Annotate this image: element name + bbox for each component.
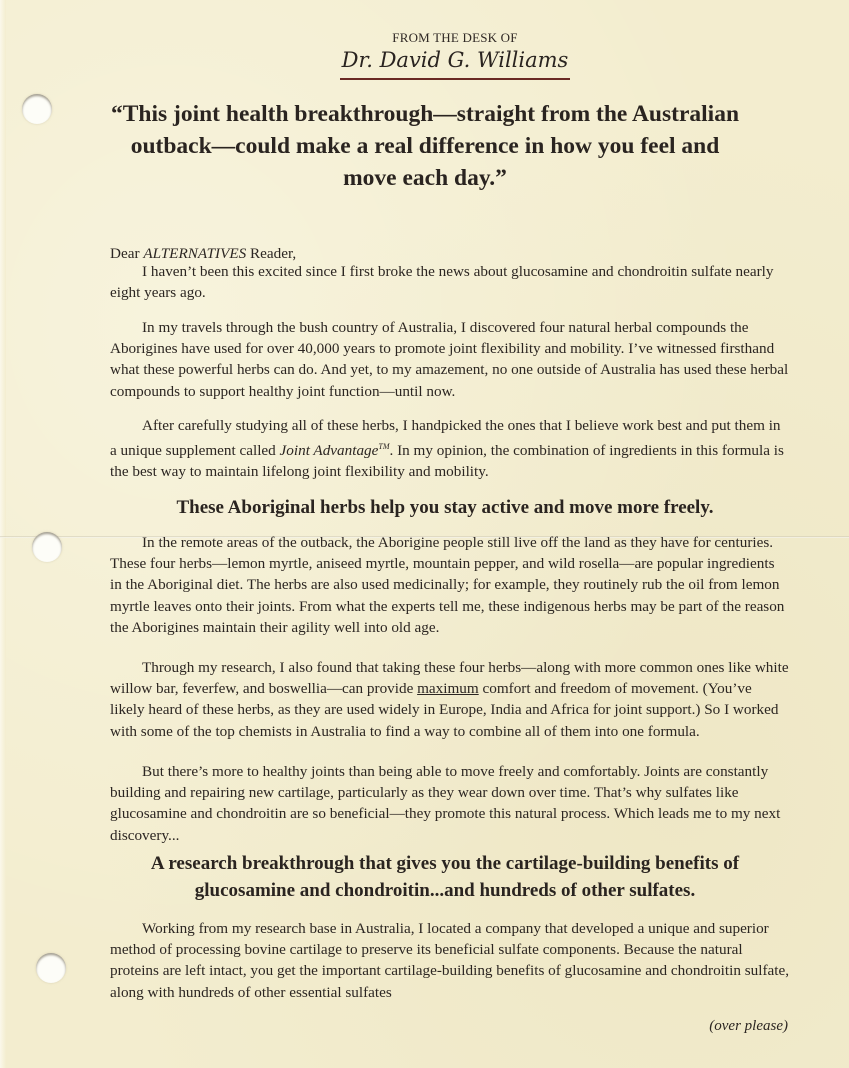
paragraph-text: I haven’t been this excited since I firs… — [110, 261, 790, 303]
punch-hole-bottom — [36, 953, 66, 983]
letterhead: FROM THE DESK OF Dr. David G. Williams — [320, 30, 590, 72]
paragraph-6: But there’s more to healthy joints than … — [110, 761, 790, 846]
from-desk-label: FROM THE DESK OF — [320, 30, 590, 46]
paragraph-text: Through my research, I also found that t… — [110, 657, 790, 742]
paragraph-text: In my travels through the bush country o… — [110, 317, 790, 402]
paragraph-text: After carefully studying all of these he… — [110, 415, 790, 483]
punch-hole-middle — [32, 532, 62, 562]
subheading-1: These Aboriginal herbs help you stay act… — [100, 494, 790, 521]
punch-hole-top — [22, 94, 52, 124]
paragraph-1: I haven’t been this excited since I firs… — [110, 261, 790, 303]
paragraph-2: In my travels through the bush country o… — [110, 317, 790, 402]
emphasis-word: maximum — [417, 680, 479, 697]
headline: “This joint health breakthrough—straight… — [110, 98, 740, 194]
paragraph-text: Working from my research base in Austral… — [110, 918, 790, 1003]
paragraph-5: Through my research, I also found that t… — [110, 657, 790, 742]
paragraph-7: Working from my research base in Austral… — [110, 918, 790, 1003]
salutation-prefix: Dear — [110, 245, 143, 262]
subheading-2: A research breakthrough that gives you t… — [100, 850, 790, 904]
salutation-suffix: Reader, — [246, 245, 296, 262]
product-name: Joint Advantage — [280, 442, 379, 459]
paragraph-4: In the remote areas of the outback, the … — [110, 532, 790, 638]
paragraph-text: In the remote areas of the outback, the … — [110, 532, 790, 638]
letterhead-rule — [340, 78, 570, 80]
continuation-note: (over please) — [709, 1018, 788, 1035]
paper-edge — [0, 0, 6, 1068]
trademark-symbol: TM — [378, 442, 389, 451]
paragraph-3: After carefully studying all of these he… — [110, 415, 790, 483]
paragraph-text: But there’s more to healthy joints than … — [110, 761, 790, 846]
publication-name: ALTERNATIVES — [143, 245, 246, 262]
author-name: Dr. David G. Williams — [320, 48, 590, 72]
